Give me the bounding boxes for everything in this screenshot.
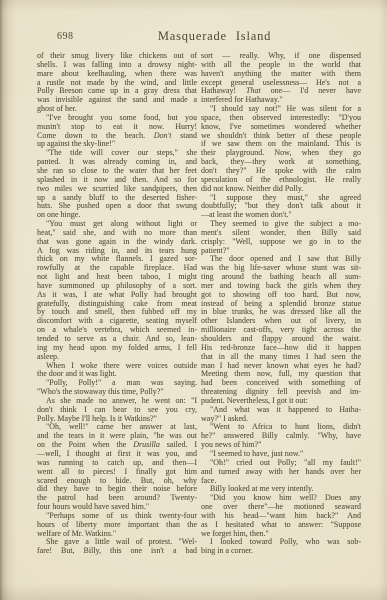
text-line: back, they—they work at something, <box>201 158 361 167</box>
text-line: we shouldn't think better of these peopl… <box>201 132 361 141</box>
text-line: "You must get along without light or <box>37 220 197 229</box>
text-line: on a whale's vertebra, which seemed in- <box>37 326 197 335</box>
text-line: —well, I thought at first it was you, an… <box>37 450 197 459</box>
text-line: The door opened and I saw that Billy <box>201 255 361 264</box>
text-line: bing in a corner. <box>201 547 361 556</box>
page-header: 698 Masquerade Island <box>0 29 387 45</box>
text-line: pudent. Nevertheless, I got it out: <box>201 397 361 406</box>
text-line: Billy looked at me very intently. <box>201 485 361 494</box>
text-line: a rustle not made by the wind, and littl… <box>37 79 197 88</box>
text-line: with all the people in the world that <box>201 61 361 70</box>
text-line: up against the sky-line!" <box>37 140 197 149</box>
text-line: other Islanders when out of livery, in <box>201 317 361 326</box>
text-line: in blue trunks, he was dressed like all … <box>201 308 361 317</box>
text-line: As it was, I ate what Polly had brought <box>37 291 197 300</box>
text-line: When I woke there were voices outside <box>37 362 197 371</box>
text-line: scared enough to hide. But, oh, why <box>37 477 197 486</box>
text-line: and turned away with her hands over her <box>201 468 361 477</box>
text-line: went all to pieces! I finally got him <box>37 468 197 477</box>
text-line: mustn't stop to eat it now. Hurry! <box>37 123 197 132</box>
text-line: "I've brought you some food, but you <box>37 114 197 123</box>
text-line: except general uselessness— He's not a <box>201 79 361 88</box>
text-line: have summoned up philosophy of a sort. <box>37 282 197 291</box>
text-line: know, I've sometimes wondered whether <box>201 123 361 132</box>
text-column-right: sort — really. Why, if one dispensedwith… <box>201 52 361 556</box>
text-line: Hathaway! That one— I'd never have <box>201 87 361 96</box>
text-line: ghost of her. <box>37 105 197 114</box>
text-line: panted. It was already coming in, and <box>37 158 197 167</box>
text-line: —at least the women don't." <box>201 211 361 220</box>
text-line: got to showing off too hard. But now, <box>201 291 361 300</box>
text-line: Polly Beeson came up in a gray dress tha… <box>37 87 197 96</box>
text-line: thick on my white flannels. I gazed sor- <box>37 255 197 264</box>
text-line: the door and it was light. <box>37 370 197 379</box>
text-line: was the big life-saver whose stunt was s… <box>201 264 361 273</box>
text-line: ting around the bathing beach all sum- <box>201 273 361 282</box>
text-line: you news of him?" <box>201 441 361 450</box>
text-line: that in all the many times I had seen th… <box>201 353 361 362</box>
text-line: on the Point when the Drusilla sailed. I <box>37 441 197 450</box>
text-line: we forget him, then." <box>201 530 361 539</box>
text-line: "Oh!" cried out Polly; "all my fault!" <box>201 459 361 468</box>
text-line: he?" answered Billy calmly. "Why, have <box>201 432 361 441</box>
text-line: "Perhaps some of us think twenty-four <box>37 512 197 521</box>
text-line: hours of liberty more important than the <box>37 521 197 530</box>
text-line: "And what was it happened to Hatha- <box>201 406 361 415</box>
text-line: she ran so close to the water that her f… <box>37 167 197 176</box>
text-line: interfered for Hathaway." <box>201 96 361 105</box>
text-line: way?" I asked. <box>201 415 361 424</box>
text-line: huts. She pushed open a door that swung <box>37 202 197 211</box>
text-line: They seemed to give the subject a mo- <box>201 220 361 229</box>
text-line: She gave a little wail of protest. "Wel- <box>37 538 197 547</box>
text-line: their playground. Now, when they go <box>201 149 361 158</box>
text-line: Meeting them now, full, my question that <box>201 370 361 379</box>
text-line: mer and towing back the girls when they <box>201 282 361 291</box>
text-line: don't think I can bear to see you cry, <box>37 406 197 415</box>
text-line: patient?" <box>201 247 361 256</box>
text-line: the patrol had been around? Twenty- <box>37 494 197 503</box>
text-line: "I suppose they must," she agreed <box>201 194 361 203</box>
text-line: by touch and smell, then fubbed off my <box>37 308 197 317</box>
text-line: fare! But, Billy, this one isn't a bad <box>37 547 197 556</box>
text-line: sort — really. Why, if one dispensed <box>201 52 361 61</box>
text-line: and the tears in it were plain, "he was … <box>37 432 197 441</box>
text-line: A fog was riding in, and its tears hung <box>37 247 197 256</box>
text-line: threatening dignity fell peevish and im- <box>201 388 361 397</box>
text-block: of their smug livery like chickens out o… <box>37 52 361 556</box>
text-line: His red-bronze face—how did it happen <box>201 344 361 353</box>
text-line: don't they?" He spoke with the calm <box>201 167 361 176</box>
text-line: welfare of Mr. Watkins." <box>37 530 197 539</box>
running-title: Masquerade Island <box>42 29 387 44</box>
text-line: haven't anything the matter with them <box>201 70 361 79</box>
text-line: "I should say not!" He was silent for a <box>201 105 361 114</box>
text-line: gratefully, distinguishing cake from mea… <box>37 300 197 309</box>
text-line: speculation of the ethnologist. He reall… <box>201 176 361 185</box>
text-line: face. <box>201 477 361 486</box>
text-line: not light and heat been taboo, I might <box>37 273 197 282</box>
text-line: two miles we scurried like sandpipers, t… <box>37 185 197 194</box>
text-line: "Did you know him well? Does any <box>201 494 361 503</box>
text-line: did they have to begin their noise befor… <box>37 485 197 494</box>
text-line: shoulders and flappy around the waist. <box>201 335 361 344</box>
text-line: "Who's the stowaway this time, Polly?" <box>37 388 197 397</box>
text-line: Come down to the beach. Don't stand <box>37 132 197 141</box>
text-line: "Polly, Polly!" a man was saying. <box>37 379 197 388</box>
text-line: that was gone again in the windy dark. <box>37 238 197 247</box>
text-line: "The tide will cover our steps," she <box>37 149 197 158</box>
text-line: ing my head upon my folded arms, I fell <box>37 344 197 353</box>
text-line: doubtfully; "but they don't talk about i… <box>201 202 361 211</box>
text-line: millionaire cast-offs, very tight across… <box>201 326 361 335</box>
text-line: asleep. <box>37 353 197 362</box>
text-line: had been conceived with something of <box>201 379 361 388</box>
text-line: of their smug livery like chickens out o… <box>37 52 197 61</box>
text-line: discomfort with a cigarette, seating mys… <box>37 317 197 326</box>
text-line: Polly. Maybe I'll help. Is it Watkins?" <box>37 415 197 424</box>
text-line: "Went to Africa to hunt lions, didn't <box>201 423 361 432</box>
text-line: up a sandy bluff to the deserted fisher- <box>37 194 197 203</box>
text-line: splashed in it now and then. And so for <box>37 176 197 185</box>
text-line: "I seemed to have, just now." <box>201 450 361 459</box>
text-line: "Oh, well!" came her answer at last, <box>37 423 197 432</box>
text-column-left: of their smug livery like chickens out o… <box>37 52 197 556</box>
text-line: on one hinge. <box>37 211 197 220</box>
text-line: rowfully at the capable fireplace. Had <box>37 264 197 273</box>
text-line: mare about keelhauling, when there was <box>37 70 197 79</box>
book-page: 698 Masquerade Island of their smug live… <box>0 0 387 600</box>
text-line: four hours would have saved him." <box>37 503 197 512</box>
text-line: instead of being a splendid bronze statu… <box>201 300 361 309</box>
text-line: tended to serve as a chair. And so, lean… <box>37 335 197 344</box>
text-line: As she made no answer, he went on: "I <box>37 397 197 406</box>
text-line: with his head—"want him back?" And <box>201 512 361 521</box>
text-line: shells. I was falling into a drowsy nigh… <box>37 61 197 70</box>
text-line: space, then observed interestedly: "D'yo… <box>201 114 361 123</box>
text-line: one over there"—he motioned seaward <box>201 503 361 512</box>
text-line: ment's silent wonder, then Billy said <box>201 229 361 238</box>
text-line: crisply: "Well, suppose we go in to the <box>201 238 361 247</box>
text-line: was invisible against the sand and made … <box>37 96 197 105</box>
text-line: was running to catch up, and then—I <box>37 459 197 468</box>
text-line: I looked toward Polly, who was sob- <box>201 538 361 547</box>
text-line: heat," said she, and with no more than <box>37 229 197 238</box>
text-line: did not know. Neither did Polly. <box>201 185 361 194</box>
text-line: as I hesitated what to answer: "Suppose <box>201 521 361 530</box>
text-line: if we saw them on the mainland. This is <box>201 140 361 149</box>
text-line: man I had never known what eyes he had? <box>201 362 361 371</box>
